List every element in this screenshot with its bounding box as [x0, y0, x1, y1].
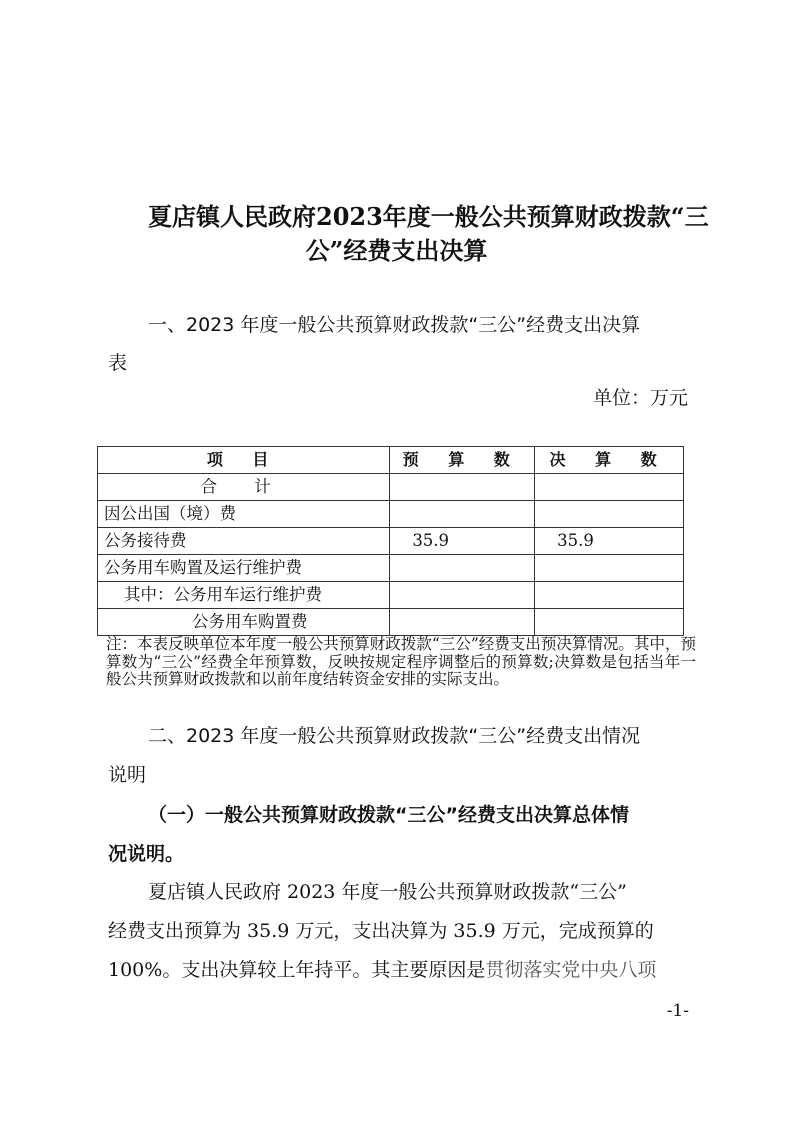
row-final — [535, 555, 684, 582]
row-budget — [390, 555, 535, 582]
table-row-vehicles: 公务用车购置及运行维护费 — [98, 555, 684, 582]
section2-heading-line-1: 二、2023 年度一般公共预算财政拨款“三公”经费支出情况 — [148, 721, 640, 748]
paragraph1-line-3: 100%。支出决算较上年持平。其主要原因是贯彻落实党中央八项 — [108, 955, 656, 982]
paragraph1-line-3-main: 100%。支出决算较上年持平。其主要原因是 — [108, 959, 485, 981]
unit-label: 单位：万元 — [593, 383, 688, 410]
row-item: 因公出国（境）费 — [98, 501, 390, 528]
row-budget — [390, 501, 535, 528]
row-final: 35.9 — [535, 528, 684, 555]
section1-heading-line-1: 一、2023 年度一般公共预算财政拨款“三公”经费支出决算 — [148, 310, 640, 337]
table-row-vehicle-purchase: 公务用车购置费 — [98, 609, 684, 636]
row-final — [535, 582, 684, 609]
row-budget — [390, 474, 535, 501]
row-budget: 35.9 — [390, 528, 535, 555]
header-final: 决 算 数 — [535, 447, 684, 474]
row-item: 公务用车购置费 — [98, 609, 390, 636]
subsection1-heading-line-2: 况说明。 — [108, 839, 184, 866]
paragraph1-line-1: 夏店镇人民政府 2023 年度一般公共预算财政拨款“三公” — [148, 877, 627, 904]
table-note: 注：本表反映单位本年度一般公共预算财政拨款“三公”经费支出预决算情况。其中，预算… — [106, 636, 696, 689]
row-final — [535, 609, 684, 636]
document-title-line-2: 公”经费支出决算 — [0, 231, 793, 266]
header-item: 项 目 — [98, 447, 390, 474]
subsection1-heading-line-1: （一）一般公共预算财政拨款“三公”经费支出决算总体情 — [148, 800, 629, 827]
table-row-overseas: 因公出国（境）费 — [98, 501, 684, 528]
paragraph1-line-2: 经费支出预算为 35.9 万元，支出决算为 35.9 万元，完成预算的 — [108, 916, 654, 943]
section2-heading-line-2: 说明 — [108, 760, 146, 787]
table-row-vehicle-maintenance: 其中：公务用车运行维护费 — [98, 582, 684, 609]
header-budget: 预 算 数 — [390, 447, 535, 474]
table-header-row: 项 目 预 算 数 决 算 数 — [98, 447, 684, 474]
row-item: 其中：公务用车运行维护费 — [98, 582, 390, 609]
three-public-expenses-table: 项 目 预 算 数 决 算 数 合 计 因公出国（境）费 公务接待费 35.9 … — [97, 446, 684, 636]
page-number: -1- — [667, 1001, 689, 1021]
row-final — [535, 474, 684, 501]
document-title-line-1: 夏店镇人民政府2023年度一般公共预算财政拨款“三 — [148, 197, 698, 232]
table-row-reception: 公务接待费 35.9 35.9 — [98, 528, 684, 555]
row-item: 公务用车购置及运行维护费 — [98, 555, 390, 582]
row-item: 合 计 — [98, 474, 390, 501]
row-budget — [390, 609, 535, 636]
row-budget — [390, 582, 535, 609]
row-final — [535, 501, 684, 528]
section1-heading-line-2: 表 — [108, 348, 127, 375]
paragraph1-line-3-highlight: 贯彻落实党中央八项 — [485, 959, 656, 981]
table-row-total: 合 计 — [98, 474, 684, 501]
row-item: 公务接待费 — [98, 528, 390, 555]
